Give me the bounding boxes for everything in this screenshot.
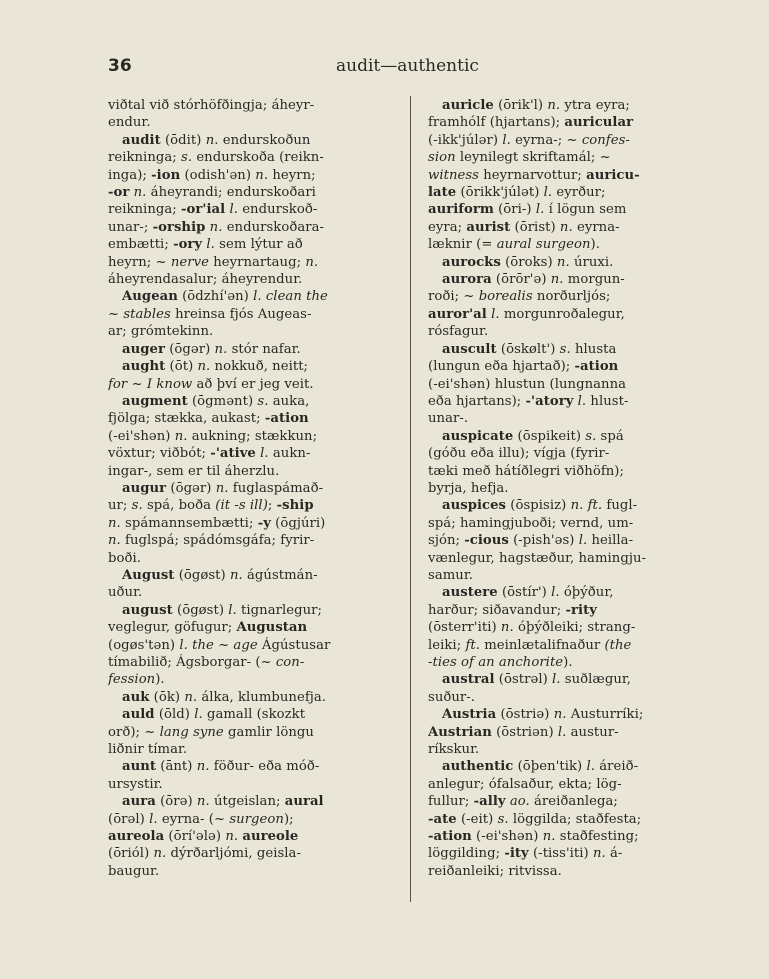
dictionary-line: austral (ōstrəl) l. suðlægur, bbox=[428, 671, 694, 688]
dictionary-line: vænlegur, hagstæður, hamingju- bbox=[428, 550, 694, 567]
dictionary-line: auger (ōgər) n. stór nafar. bbox=[108, 341, 396, 358]
dictionary-line: -ties of an anchorite). bbox=[428, 654, 694, 671]
dictionary-line: roði; ~ borealis norðurljós; bbox=[428, 288, 694, 305]
dictionary-line: samur. bbox=[428, 567, 694, 584]
dictionary-line: veglegur, göfugur; Augustan bbox=[108, 619, 396, 636]
dictionary-line: authentic (ōþen'tik) l. áreið- bbox=[428, 758, 694, 775]
dictionary-line: reiðanleiki; ritvissa. bbox=[428, 863, 694, 880]
dictionary-line: aurocks (ōroks) n. úruxi. bbox=[428, 254, 694, 271]
dictionary-line: tímabilið; Ágsborgar- (~ con- bbox=[108, 654, 396, 671]
dictionary-line: (-ei'shən) hlustun (lungnanna bbox=[428, 376, 694, 393]
dictionary-line: Austria (ōstriə) n. Austurríki; bbox=[428, 706, 694, 723]
dictionary-line: orð); ~ lang syne gamlir löngu bbox=[108, 724, 396, 741]
dictionary-line: -ate (-eit) s. löggilda; staðfesta; bbox=[428, 811, 694, 828]
dictionary-line: byrja, hefja. bbox=[428, 480, 694, 497]
dictionary-line: fession). bbox=[108, 671, 396, 688]
dictionary-line: læknir (= aural surgeon). bbox=[428, 236, 694, 253]
dictionary-line: (góðu eða illu); vígja (fyrir- bbox=[428, 445, 694, 462]
dictionary-line: witness heyrnarvottur; auricu- bbox=[428, 167, 694, 184]
dictionary-line: auk (ōk) n. álka, klumbunefja. bbox=[108, 689, 396, 706]
dictionary-line: (ogøs'tən) l. the ~ age Ágústusar bbox=[108, 637, 396, 654]
dictionary-line: aura (ōrə) n. útgeislan; aural bbox=[108, 793, 396, 810]
dictionary-line: (lungun eða hjartað); -ation bbox=[428, 358, 694, 375]
dictionary-line: boði. bbox=[108, 550, 396, 567]
dictionary-line: eða hjartans); -'atory l. hlust- bbox=[428, 393, 694, 410]
dictionary-line: rósfagur. bbox=[428, 323, 694, 340]
dictionary-line: vöxtur; viðbót; -'ative l. aukn- bbox=[108, 445, 396, 462]
dictionary-line: fjölga; stækka, aukast; -ation bbox=[108, 410, 396, 427]
dictionary-line: framhólf (hjartans); auricular bbox=[428, 114, 694, 131]
dictionary-line: auspices (ōspisiz) n. ft. fugl- bbox=[428, 497, 694, 514]
dictionary-line: spá; hamingjuboði; vernd, um- bbox=[428, 515, 694, 532]
dictionary-line: auld (ōld) l. gamall (skozkt bbox=[108, 706, 396, 723]
dictionary-line: (ōrəl) l. eyrna- (~ surgeon); bbox=[108, 811, 396, 828]
dictionary-line: -or n. áheyrandi; endurskoðari bbox=[108, 184, 396, 201]
dictionary-line: Augean (ōdzhí'ən) l. clean the bbox=[108, 288, 396, 305]
dictionary-line: auror'al l. morgunroðalegur, bbox=[428, 306, 694, 323]
dictionary-line: áheyrendasalur; áheyrendur. bbox=[108, 271, 396, 288]
dictionary-line: uður. bbox=[108, 584, 396, 601]
dictionary-line: auricle (ōrik'l) n. ytra eyra; bbox=[428, 97, 694, 114]
dictionary-line: auspicate (ōspikeit) s. spá bbox=[428, 428, 694, 445]
dictionary-line: löggilding; -ity (-tiss'iti) n. á- bbox=[428, 845, 694, 862]
dictionary-line: (ōsterr'iti) n. óþýðleiki; strang- bbox=[428, 619, 694, 636]
dictionary-line: aught (ōt) n. nokkuð, neitt; bbox=[108, 358, 396, 375]
dictionary-line: tæki með hátíðlegri viðhöfn); bbox=[428, 463, 694, 480]
dictionary-line: fullur; -ally ao. áreiðanlega; bbox=[428, 793, 694, 810]
dictionary-line: aureola (ōrí'ələ) n. aureole bbox=[108, 828, 396, 845]
dictionary-line: heyrn; ~ nerve heyrnartaug; n. bbox=[108, 254, 396, 271]
left-column: viðtal við stórhöfðingja; áheyr-endur.au… bbox=[108, 97, 396, 880]
dictionary-line: August (ōgøst) n. ágústmán- bbox=[108, 567, 396, 584]
dictionary-line: leiki; ft. meinlætalifnaður (the bbox=[428, 637, 694, 654]
dictionary-line: aurora (ōrōr'ə) n. morgun- bbox=[428, 271, 694, 288]
dictionary-line: suður-. bbox=[428, 689, 694, 706]
dictionary-line: liðnir tímar. bbox=[108, 741, 396, 758]
dictionary-line: harður; siðavandur; -rity bbox=[428, 602, 694, 619]
dictionary-line: ~ stables hreinsa fjós Augeas- bbox=[108, 306, 396, 323]
dictionary-line: (ōriól) n. dýrðarljómi, geisla- bbox=[108, 845, 396, 862]
page-number: 36 bbox=[108, 56, 132, 76]
dictionary-line: reikninga; s. endurskoða (reikn- bbox=[108, 149, 396, 166]
column-divider bbox=[410, 96, 411, 902]
dictionary-line: unar-; -orship n. endurskoðara- bbox=[108, 219, 396, 236]
dictionary-line: august (ōgøst) l. tignarlegur; bbox=[108, 602, 396, 619]
dictionary-line: reikninga; -or'ial l. endurskoð- bbox=[108, 201, 396, 218]
dictionary-line: (-ei'shən) n. aukning; stækkun; bbox=[108, 428, 396, 445]
right-column: auricle (ōrik'l) n. ytra eyra;framhólf (… bbox=[428, 97, 694, 880]
dictionary-line: ursystir. bbox=[108, 776, 396, 793]
dictionary-line: auriform (ōri-) l. í lögun sem bbox=[428, 201, 694, 218]
dictionary-line: augment (ōgmənt) s. auka, bbox=[108, 393, 396, 410]
dictionary-line: unar-. bbox=[428, 410, 694, 427]
dictionary-line: anlegur; ófalsaður, ekta; lög- bbox=[428, 776, 694, 793]
dictionary-line: auscult (ōskølt') s. hlusta bbox=[428, 341, 694, 358]
dictionary-line: audit (ōdit) n. endurskoðun bbox=[108, 132, 396, 149]
page-header: 36 audit—authentic bbox=[108, 56, 668, 80]
dictionary-line: baugur. bbox=[108, 863, 396, 880]
running-head: audit—authentic bbox=[336, 56, 479, 76]
dictionary-line: viðtal við stórhöfðingja; áheyr- bbox=[108, 97, 396, 114]
dictionary-line: -ation (-ei'shən) n. staðfesting; bbox=[428, 828, 694, 845]
dictionary-line: ingar-, sem er til áherzlu. bbox=[108, 463, 396, 480]
dictionary-line: n. spámannsembætti; -y (ōgjúri) bbox=[108, 515, 396, 532]
dictionary-line: austere (ōstír') l. óþýður, bbox=[428, 584, 694, 601]
dictionary-line: eyra; aurist (ōrist) n. eyrna- bbox=[428, 219, 694, 236]
dictionary-line: ar; grómtekinn. bbox=[108, 323, 396, 340]
dictionary-line: late (ōrikk'júlət) l. eyrður; bbox=[428, 184, 694, 201]
dictionary-line: embætti; -ory l. sem lýtur að bbox=[108, 236, 396, 253]
dictionary-line: augur (ōgər) n. fuglaspámað- bbox=[108, 480, 396, 497]
dictionary-line: Austrian (ōstriən) l. austur- bbox=[428, 724, 694, 741]
dictionary-line: endur. bbox=[108, 114, 396, 131]
dictionary-line: ur; s. spá, boða (it -s ill); -ship bbox=[108, 497, 396, 514]
dictionary-line: sjón; -cious (-pish'əs) l. heilla- bbox=[428, 532, 694, 549]
dictionary-line: ríkskur. bbox=[428, 741, 694, 758]
dictionary-line: aunt (ānt) n. föður- eða móð- bbox=[108, 758, 396, 775]
dictionary-line: sion leynilegt skriftamál; ~ bbox=[428, 149, 694, 166]
dictionary-line: for ~ I know að því er jeg veit. bbox=[108, 376, 396, 393]
dictionary-line: (-ikk'júlər) l. eyrna-; ~ confes- bbox=[428, 132, 694, 149]
dictionary-line: inga); -ion (odish'ən) n. heyrn; bbox=[108, 167, 396, 184]
dictionary-line: n. fuglspá; spádómsgáfa; fyrir- bbox=[108, 532, 396, 549]
